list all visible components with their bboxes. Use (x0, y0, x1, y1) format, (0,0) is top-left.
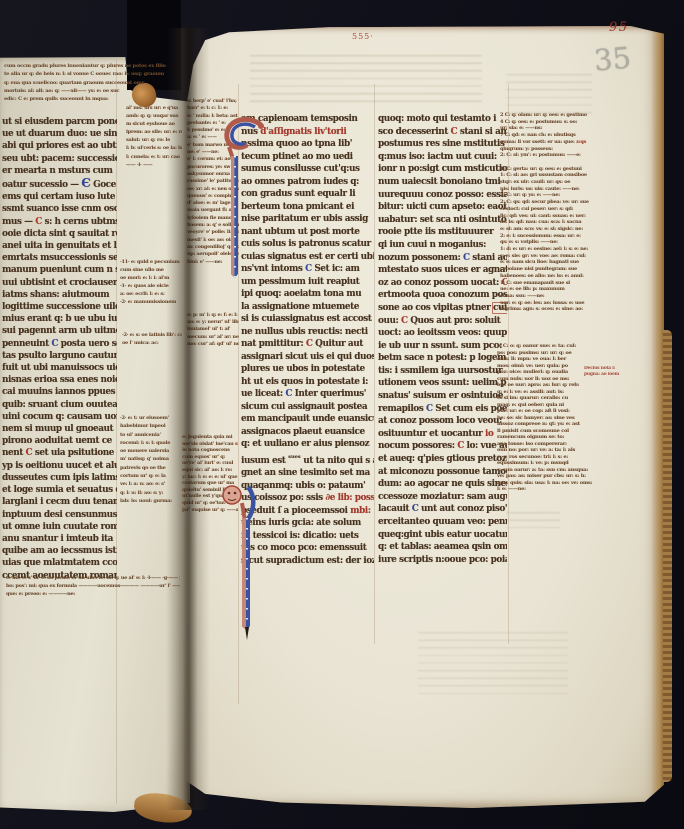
initial-2-descender (242, 518, 250, 630)
left-bottom-gloss: e: mf: e: s' m' e: su plcao: er ua ulle:… (6, 574, 180, 599)
folio-number-ink: 95 (609, 20, 629, 35)
initial-1-descender (231, 156, 238, 278)
left-side-gloss-c: ·2· e: s: oe latinis lib': calaoe l' uni… (122, 332, 182, 347)
initial-flourish-icon (221, 117, 265, 169)
show-through (506, 512, 560, 528)
fore-edge-page-stack (663, 330, 672, 782)
show-through (250, 55, 482, 103)
left-top-gloss: cum occm gradu plures inueniantur q: plu… (4, 62, 180, 103)
text-column-2: quoq: moto qui testamto isco decesserint… (378, 113, 507, 566)
left-side-gloss-b: ·11· e: quid e pecuniamcum sine ullo meo… (120, 258, 180, 306)
show-through (418, 632, 568, 698)
decorated-initial-1 (221, 117, 265, 169)
text-column-1: am capienoam temsposinnus d'aſſignatis l… (241, 113, 374, 567)
gutter-gloss-block-2: e: p: m' i: q: e: f: e: l: i: f'ao: e: y… (187, 312, 239, 348)
manuscript-photo: 95 35 555· cum occm gradu plures inuenia… (0, 0, 684, 829)
initial-face-icon (218, 483, 260, 531)
show-through (506, 74, 592, 116)
header-numeral: 555· (352, 32, 374, 41)
left-main-text-column: ut si eiusdem parcm pone pecitue ut duar… (2, 112, 117, 582)
left-side-gloss-a: al' ms: urs ur: e q'uaamb: q: q: uuqar s… (126, 104, 182, 169)
ruling-line (374, 84, 375, 644)
left-side-gloss-d: ·2· e: t: ur eiusoem'habebimur inpeoito … (120, 414, 180, 505)
margin-gloss-upper: 2 C: q: oiam: ur: q: oes: e: gestimo4 C:… (500, 112, 618, 313)
decorated-initial-2 (218, 483, 260, 531)
margin-note-red: Decius nota i:pugna: ao ioem (584, 366, 630, 377)
folio-number-pencil: 35 (593, 40, 633, 77)
